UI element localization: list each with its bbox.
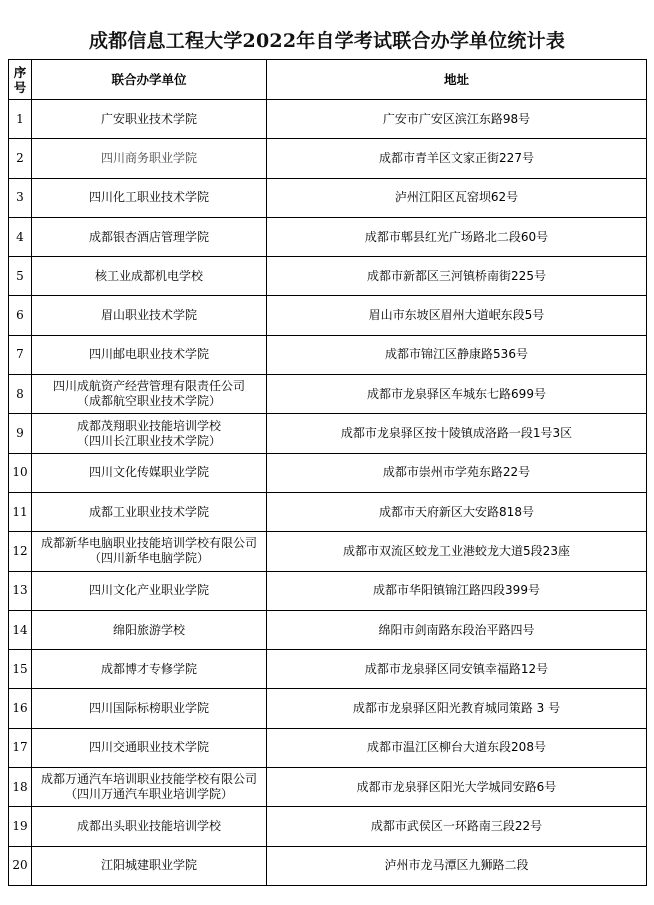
table-row: 6眉山职业技术学院眉山市东坡区眉州大道岷东段5号 [9, 296, 647, 335]
row-unit: 四川成航资产经营管理有限责任公司（成都航空职业技术学院） [32, 375, 267, 414]
table-row: 10四川文化传媒职业学院成都市崇州市学苑东路22号 [9, 453, 647, 492]
unit-name: 成都新华电脑职业技能培训学校有限公司 [32, 536, 266, 551]
unit-name: 四川成航资产经营管理有限责任公司 [32, 379, 266, 394]
row-address: 成都市青羊区文家正街227号 [267, 139, 647, 178]
row-unit: 广安职业技术学院 [32, 100, 267, 139]
unit-name: 四川化工职业技术学院 [32, 190, 266, 205]
unit-name: 眉山职业技术学院 [32, 308, 266, 323]
unit-alias: （四川长江职业技术学院） [32, 434, 266, 449]
row-unit: 四川商务职业学院 [32, 139, 267, 178]
table-row: 2四川商务职业学院成都市青羊区文家正街227号 [9, 139, 647, 178]
row-unit: 四川交通职业技术学院 [32, 728, 267, 767]
table-row: 1广安职业技术学院广安市广安区滨江东路98号 [9, 100, 647, 139]
header-serial-line2: 号 [9, 80, 31, 95]
row-address: 泸州江阳区瓦窑坝62号 [267, 178, 647, 217]
row-address: 成都市天府新区大安路818号 [267, 492, 647, 531]
row-address: 泸州市龙马潭区九狮路二段 [267, 846, 647, 885]
row-address: 成都市龙泉驿区按十陵镇成洛路一段1号3区 [267, 414, 647, 453]
row-serial-number: 20 [9, 846, 32, 885]
row-unit: 成都工业职业技术学院 [32, 492, 267, 531]
table-row: 3四川化工职业技术学院泸州江阳区瓦窑坝62号 [9, 178, 647, 217]
table-row: 7四川邮电职业技术学院成都市锦江区静康路536号 [9, 335, 647, 374]
row-unit: 核工业成都机电学校 [32, 257, 267, 296]
table-header-row: 序 号 联合办学单位 地址 [9, 60, 647, 100]
unit-name: 四川交通职业技术学院 [32, 740, 266, 755]
row-serial-number: 18 [9, 768, 32, 807]
row-serial-number: 4 [9, 217, 32, 256]
row-address: 成都市武侯区一环路南三段22号 [267, 807, 647, 846]
row-address: 成都市锦江区静康路536号 [267, 335, 647, 374]
row-address: 绵阳市剑南路东段治平路四号 [267, 610, 647, 649]
header-serial-number: 序 号 [9, 60, 32, 100]
table-row: 18成都万通汽车培训职业技能学校有限公司（四川万通汽车职业培训学院）成都市龙泉驿… [9, 768, 647, 807]
table-row: 20江阳城建职业学院泸州市龙马潭区九狮路二段 [9, 846, 647, 885]
unit-alias: （四川万通汽车职业培训学院） [32, 787, 266, 802]
row-unit: 四川文化传媒职业学院 [32, 453, 267, 492]
table-row: 5核工业成都机电学校成都市新都区三河镇桥南街225号 [9, 257, 647, 296]
row-serial-number: 5 [9, 257, 32, 296]
table-row: 17四川交通职业技术学院成都市温江区柳台大道东段208号 [9, 728, 647, 767]
unit-alias: （四川新华电脑学院） [32, 551, 266, 566]
table-row: 15成都博才专修学院成都市龙泉驿区同安镇幸福路12号 [9, 650, 647, 689]
row-serial-number: 17 [9, 728, 32, 767]
row-serial-number: 2 [9, 139, 32, 178]
unit-name: 广安职业技术学院 [32, 112, 266, 127]
row-unit: 成都银杏酒店管理学院 [32, 217, 267, 256]
row-unit: 成都茂翔职业技能培训学校（四川长江职业技术学院） [32, 414, 267, 453]
row-unit: 成都万通汽车培训职业技能学校有限公司（四川万通汽车职业培训学院） [32, 768, 267, 807]
row-serial-number: 3 [9, 178, 32, 217]
table-row: 8四川成航资产经营管理有限责任公司（成都航空职业技术学院）成都市龙泉驿区车城东七… [9, 375, 647, 414]
row-unit: 四川国际标榜职业学院 [32, 689, 267, 728]
table-row: 11成都工业职业技术学院成都市天府新区大安路818号 [9, 492, 647, 531]
row-address: 成都市龙泉驿区阳光教育城同策路 3 号 [267, 689, 647, 728]
unit-name: 绵阳旅游学校 [32, 623, 266, 638]
unit-name: 四川文化产业职业学院 [32, 583, 266, 598]
unit-name: 成都出头职业技能培训学校 [32, 819, 266, 834]
row-unit: 四川邮电职业技术学院 [32, 335, 267, 374]
unit-name: 成都银杏酒店管理学院 [32, 230, 266, 245]
table-body: 1广安职业技术学院广安市广安区滨江东路98号2四川商务职业学院成都市青羊区文家正… [9, 100, 647, 886]
row-serial-number: 9 [9, 414, 32, 453]
document-title: 成都信息工程大学2022年自学考试联合办学单位统计表 [0, 26, 654, 53]
header-unit: 联合办学单位 [32, 60, 267, 100]
table-row: 19成都出头职业技能培训学校成都市武侯区一环路南三段22号 [9, 807, 647, 846]
table-row: 13四川文化产业职业学院成都市华阳镇锦江路四段399号 [9, 571, 647, 610]
row-address: 成都市龙泉驿区阳光大学城同安路6号 [267, 768, 647, 807]
row-address: 广安市广安区滨江东路98号 [267, 100, 647, 139]
row-serial-number: 13 [9, 571, 32, 610]
row-serial-number: 16 [9, 689, 32, 728]
row-address: 成都市双流区蛟龙工业港蛟龙大道5段23座 [267, 532, 647, 571]
row-address: 成都市龙泉驿区车城东七路699号 [267, 375, 647, 414]
row-unit: 眉山职业技术学院 [32, 296, 267, 335]
table-row: 4成都银杏酒店管理学院成都市郫县红光广场路北二段60号 [9, 217, 647, 256]
table-row: 14绵阳旅游学校绵阳市剑南路东段治平路四号 [9, 610, 647, 649]
unit-name: 成都万通汽车培训职业技能学校有限公司 [32, 772, 266, 787]
unit-name: 核工业成都机电学校 [32, 269, 266, 284]
row-serial-number: 11 [9, 492, 32, 531]
unit-name: 江阳城建职业学院 [32, 858, 266, 873]
row-unit: 四川化工职业技术学院 [32, 178, 267, 217]
row-address: 成都市龙泉驿区同安镇幸福路12号 [267, 650, 647, 689]
unit-name: 四川商务职业学院 [32, 151, 266, 166]
row-serial-number: 19 [9, 807, 32, 846]
table-row: 16四川国际标榜职业学院成都市龙泉驿区阳光教育城同策路 3 号 [9, 689, 647, 728]
row-serial-number: 12 [9, 532, 32, 571]
row-serial-number: 7 [9, 335, 32, 374]
row-unit: 绵阳旅游学校 [32, 610, 267, 649]
row-address: 成都市温江区柳台大道东段208号 [267, 728, 647, 767]
table-row: 9成都茂翔职业技能培训学校（四川长江职业技术学院）成都市龙泉驿区按十陵镇成洛路一… [9, 414, 647, 453]
unit-name: 四川邮电职业技术学院 [32, 347, 266, 362]
unit-name: 成都茂翔职业技能培训学校 [32, 419, 266, 434]
row-serial-number: 14 [9, 610, 32, 649]
row-address: 成都市崇州市学苑东路22号 [267, 453, 647, 492]
row-unit: 成都博才专修学院 [32, 650, 267, 689]
row-unit: 四川文化产业职业学院 [32, 571, 267, 610]
row-address: 成都市郫县红光广场路北二段60号 [267, 217, 647, 256]
table-row: 12成都新华电脑职业技能培训学校有限公司（四川新华电脑学院）成都市双流区蛟龙工业… [9, 532, 647, 571]
row-address: 成都市华阳镇锦江路四段399号 [267, 571, 647, 610]
row-unit: 成都出头职业技能培训学校 [32, 807, 267, 846]
header-serial-line1: 序 [9, 65, 31, 80]
header-address: 地址 [267, 60, 647, 100]
row-serial-number: 15 [9, 650, 32, 689]
row-address: 眉山市东坡区眉州大道岷东段5号 [267, 296, 647, 335]
row-serial-number: 8 [9, 375, 32, 414]
unit-name: 四川文化传媒职业学院 [32, 465, 266, 480]
row-unit: 江阳城建职业学院 [32, 846, 267, 885]
row-unit: 成都新华电脑职业技能培训学校有限公司（四川新华电脑学院） [32, 532, 267, 571]
row-address: 成都市新都区三河镇桥南街225号 [267, 257, 647, 296]
joint-school-table: 序 号 联合办学单位 地址 1广安职业技术学院广安市广安区滨江东路98号2四川商… [8, 59, 647, 886]
unit-name: 成都博才专修学院 [32, 662, 266, 677]
unit-name: 成都工业职业技术学院 [32, 505, 266, 520]
unit-name: 四川国际标榜职业学院 [32, 701, 266, 716]
row-serial-number: 6 [9, 296, 32, 335]
row-serial-number: 10 [9, 453, 32, 492]
unit-alias: （成都航空职业技术学院） [32, 394, 266, 409]
row-serial-number: 1 [9, 100, 32, 139]
